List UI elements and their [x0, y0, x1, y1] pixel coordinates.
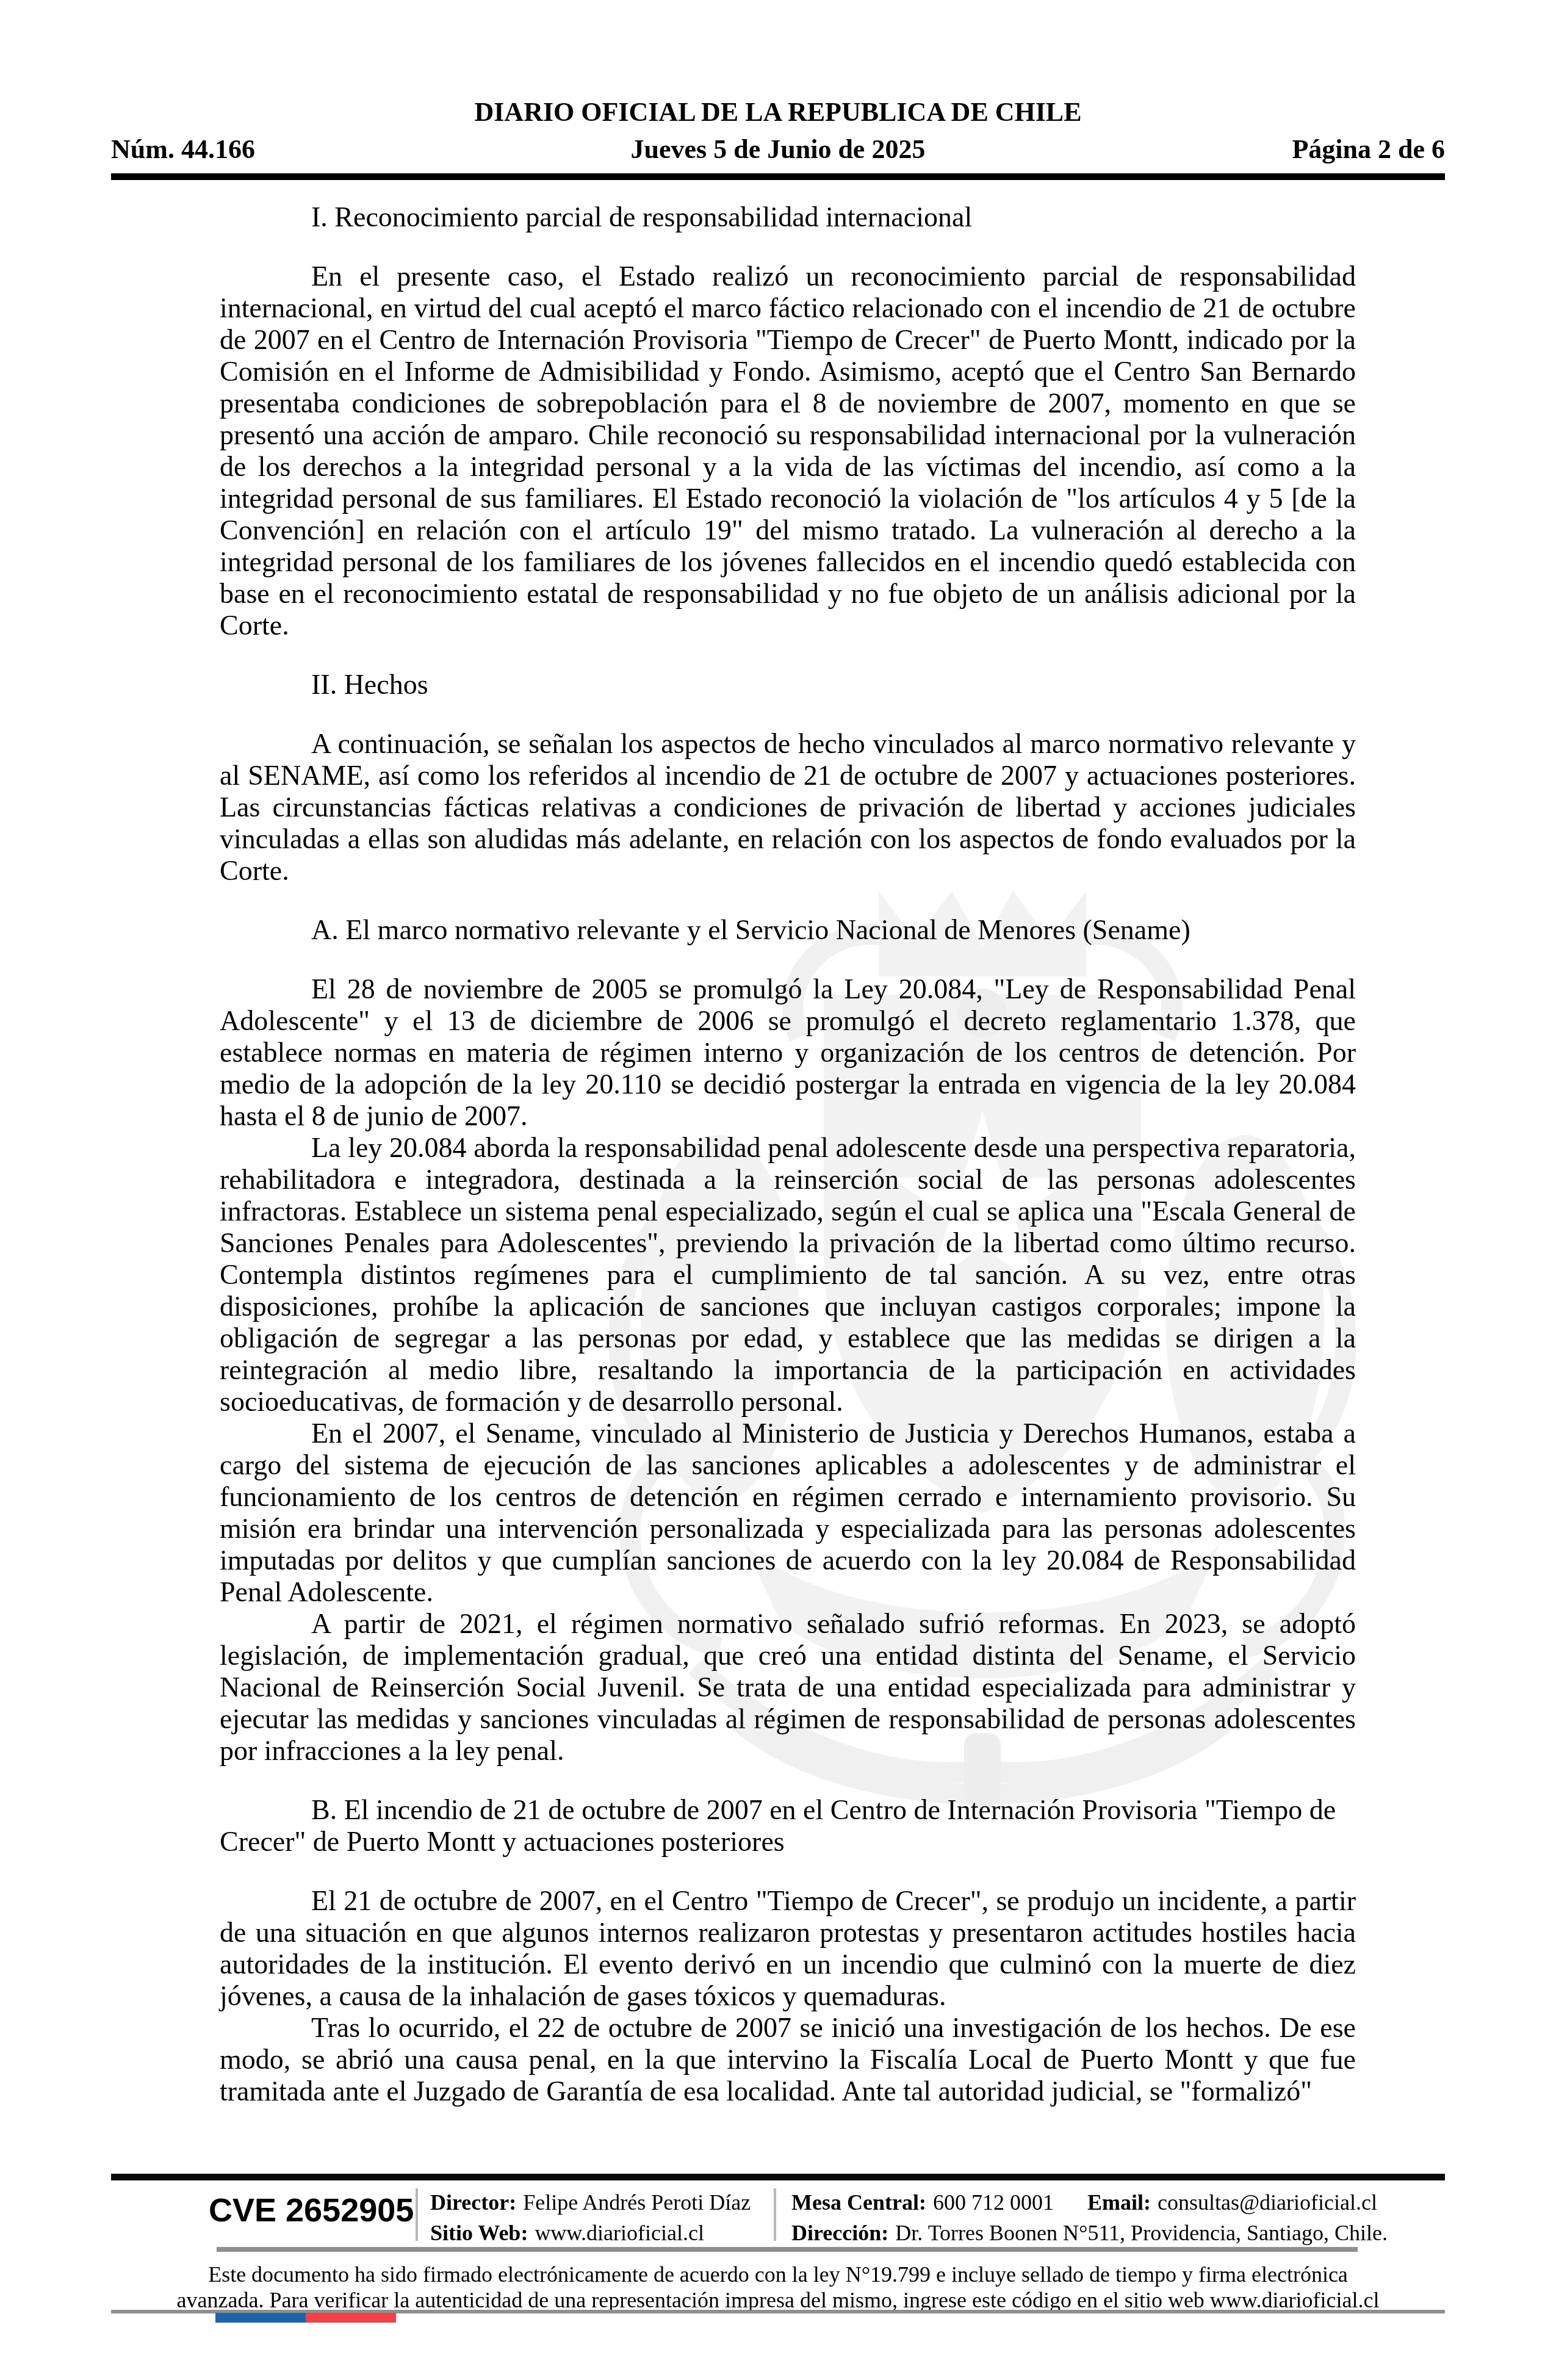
- body-paragraph: En el presente caso, el Estado realizó u…: [220, 261, 1356, 641]
- cve-code: CVE 2652905: [209, 2192, 414, 2229]
- header-rule: [111, 173, 1445, 180]
- signature-disclaimer: Este documento ha sido firmado electróni…: [153, 2262, 1403, 2313]
- director-label: Director:: [430, 2190, 516, 2215]
- body-paragraph: La ley 20.084 aborda la responsabilidad …: [220, 1132, 1356, 1418]
- body-paragraph: A continuación, se señalan los aspectos …: [220, 728, 1356, 887]
- email-value: consultas@diarioficial.cl: [1158, 2190, 1377, 2215]
- flag-red-half: [306, 2313, 396, 2323]
- director-line: Director:Felipe Andrés Peroti Díaz: [430, 2187, 751, 2218]
- sitio-web-label: Sitio Web:: [430, 2221, 528, 2245]
- section-heading: A. El marco normativo relevante y el Ser…: [220, 914, 1356, 946]
- footer-top-rule: [111, 2174, 1445, 2180]
- direccion-line: Dirección:Dr. Torres Boonen N°511, Provi…: [791, 2218, 1388, 2248]
- document-page: DIARIO OFICIAL DE LA REPUBLICA DE CHILE …: [0, 0, 1556, 2380]
- edition-date: Jueves 5 de Junio de 2025: [111, 134, 1445, 165]
- mesa-central-line: Mesa Central:600 712 0001Email:consultas…: [791, 2187, 1388, 2218]
- body-paragraph: En el 2007, el Sename, vinculado al Mini…: [220, 1418, 1356, 1608]
- body-paragraph: A partir de 2021, el régimen normativo s…: [220, 1608, 1356, 1767]
- sitio-web-line: Sitio Web:www.diarioficial.cl: [430, 2218, 751, 2248]
- body-paragraph: El 28 de noviembre de 2005 se promulgó l…: [220, 973, 1356, 1132]
- disclaimer-line-1: Este documento ha sido firmado electróni…: [153, 2262, 1403, 2287]
- body-paragraph: Tras lo ocurrido, el 22 de octubre de 20…: [220, 2012, 1356, 2107]
- document-title: DIARIO OFICIAL DE LA REPUBLICA DE CHILE: [111, 98, 1445, 127]
- header-row: Núm. 44.166 Página 2 de 6 Jueves 5 de Ju…: [111, 134, 1445, 165]
- body-paragraph: El 21 de octubre de 2007, en el Centro "…: [220, 1885, 1356, 2012]
- direccion-value: Dr. Torres Boonen N°511, Providencia, Sa…: [895, 2221, 1388, 2245]
- director-value: Felipe Andrés Peroti Díaz: [523, 2190, 751, 2215]
- disclaimer-line-2: avanzada. Para verificar la autenticidad…: [153, 2287, 1403, 2313]
- sitio-web-value: www.diarioficial.cl: [535, 2221, 704, 2245]
- issue-number: Núm. 44.166: [111, 134, 255, 165]
- page-indicator: Página 2 de 6: [1292, 134, 1445, 165]
- chile-flag-bar-icon: [215, 2313, 396, 2323]
- document-body: I. Reconocimiento parcial de responsabil…: [220, 201, 1356, 2107]
- footer-middle-rule: [217, 2247, 1358, 2252]
- email-label: Email:: [1087, 2190, 1151, 2215]
- footer-divider-1: [416, 2188, 418, 2241]
- page-header: DIARIO OFICIAL DE LA REPUBLICA DE CHILE …: [111, 98, 1445, 180]
- mesa-central-label: Mesa Central:: [791, 2190, 926, 2215]
- footer-divider-2: [774, 2188, 776, 2241]
- mesa-central-value: 600 712 0001: [933, 2190, 1054, 2215]
- flag-blue-half: [215, 2313, 306, 2323]
- section-heading: I. Reconocimiento parcial de responsabil…: [220, 201, 1356, 233]
- section-heading: B. El incendio de 21 de octubre de 2007 …: [220, 1794, 1356, 1858]
- section-heading: II. Hechos: [220, 669, 1356, 701]
- direccion-label: Dirección:: [791, 2221, 888, 2245]
- footer-contact-column: Mesa Central:600 712 0001Email:consultas…: [791, 2187, 1388, 2248]
- footer-director-column: Director:Felipe Andrés Peroti Díaz Sitio…: [430, 2187, 751, 2248]
